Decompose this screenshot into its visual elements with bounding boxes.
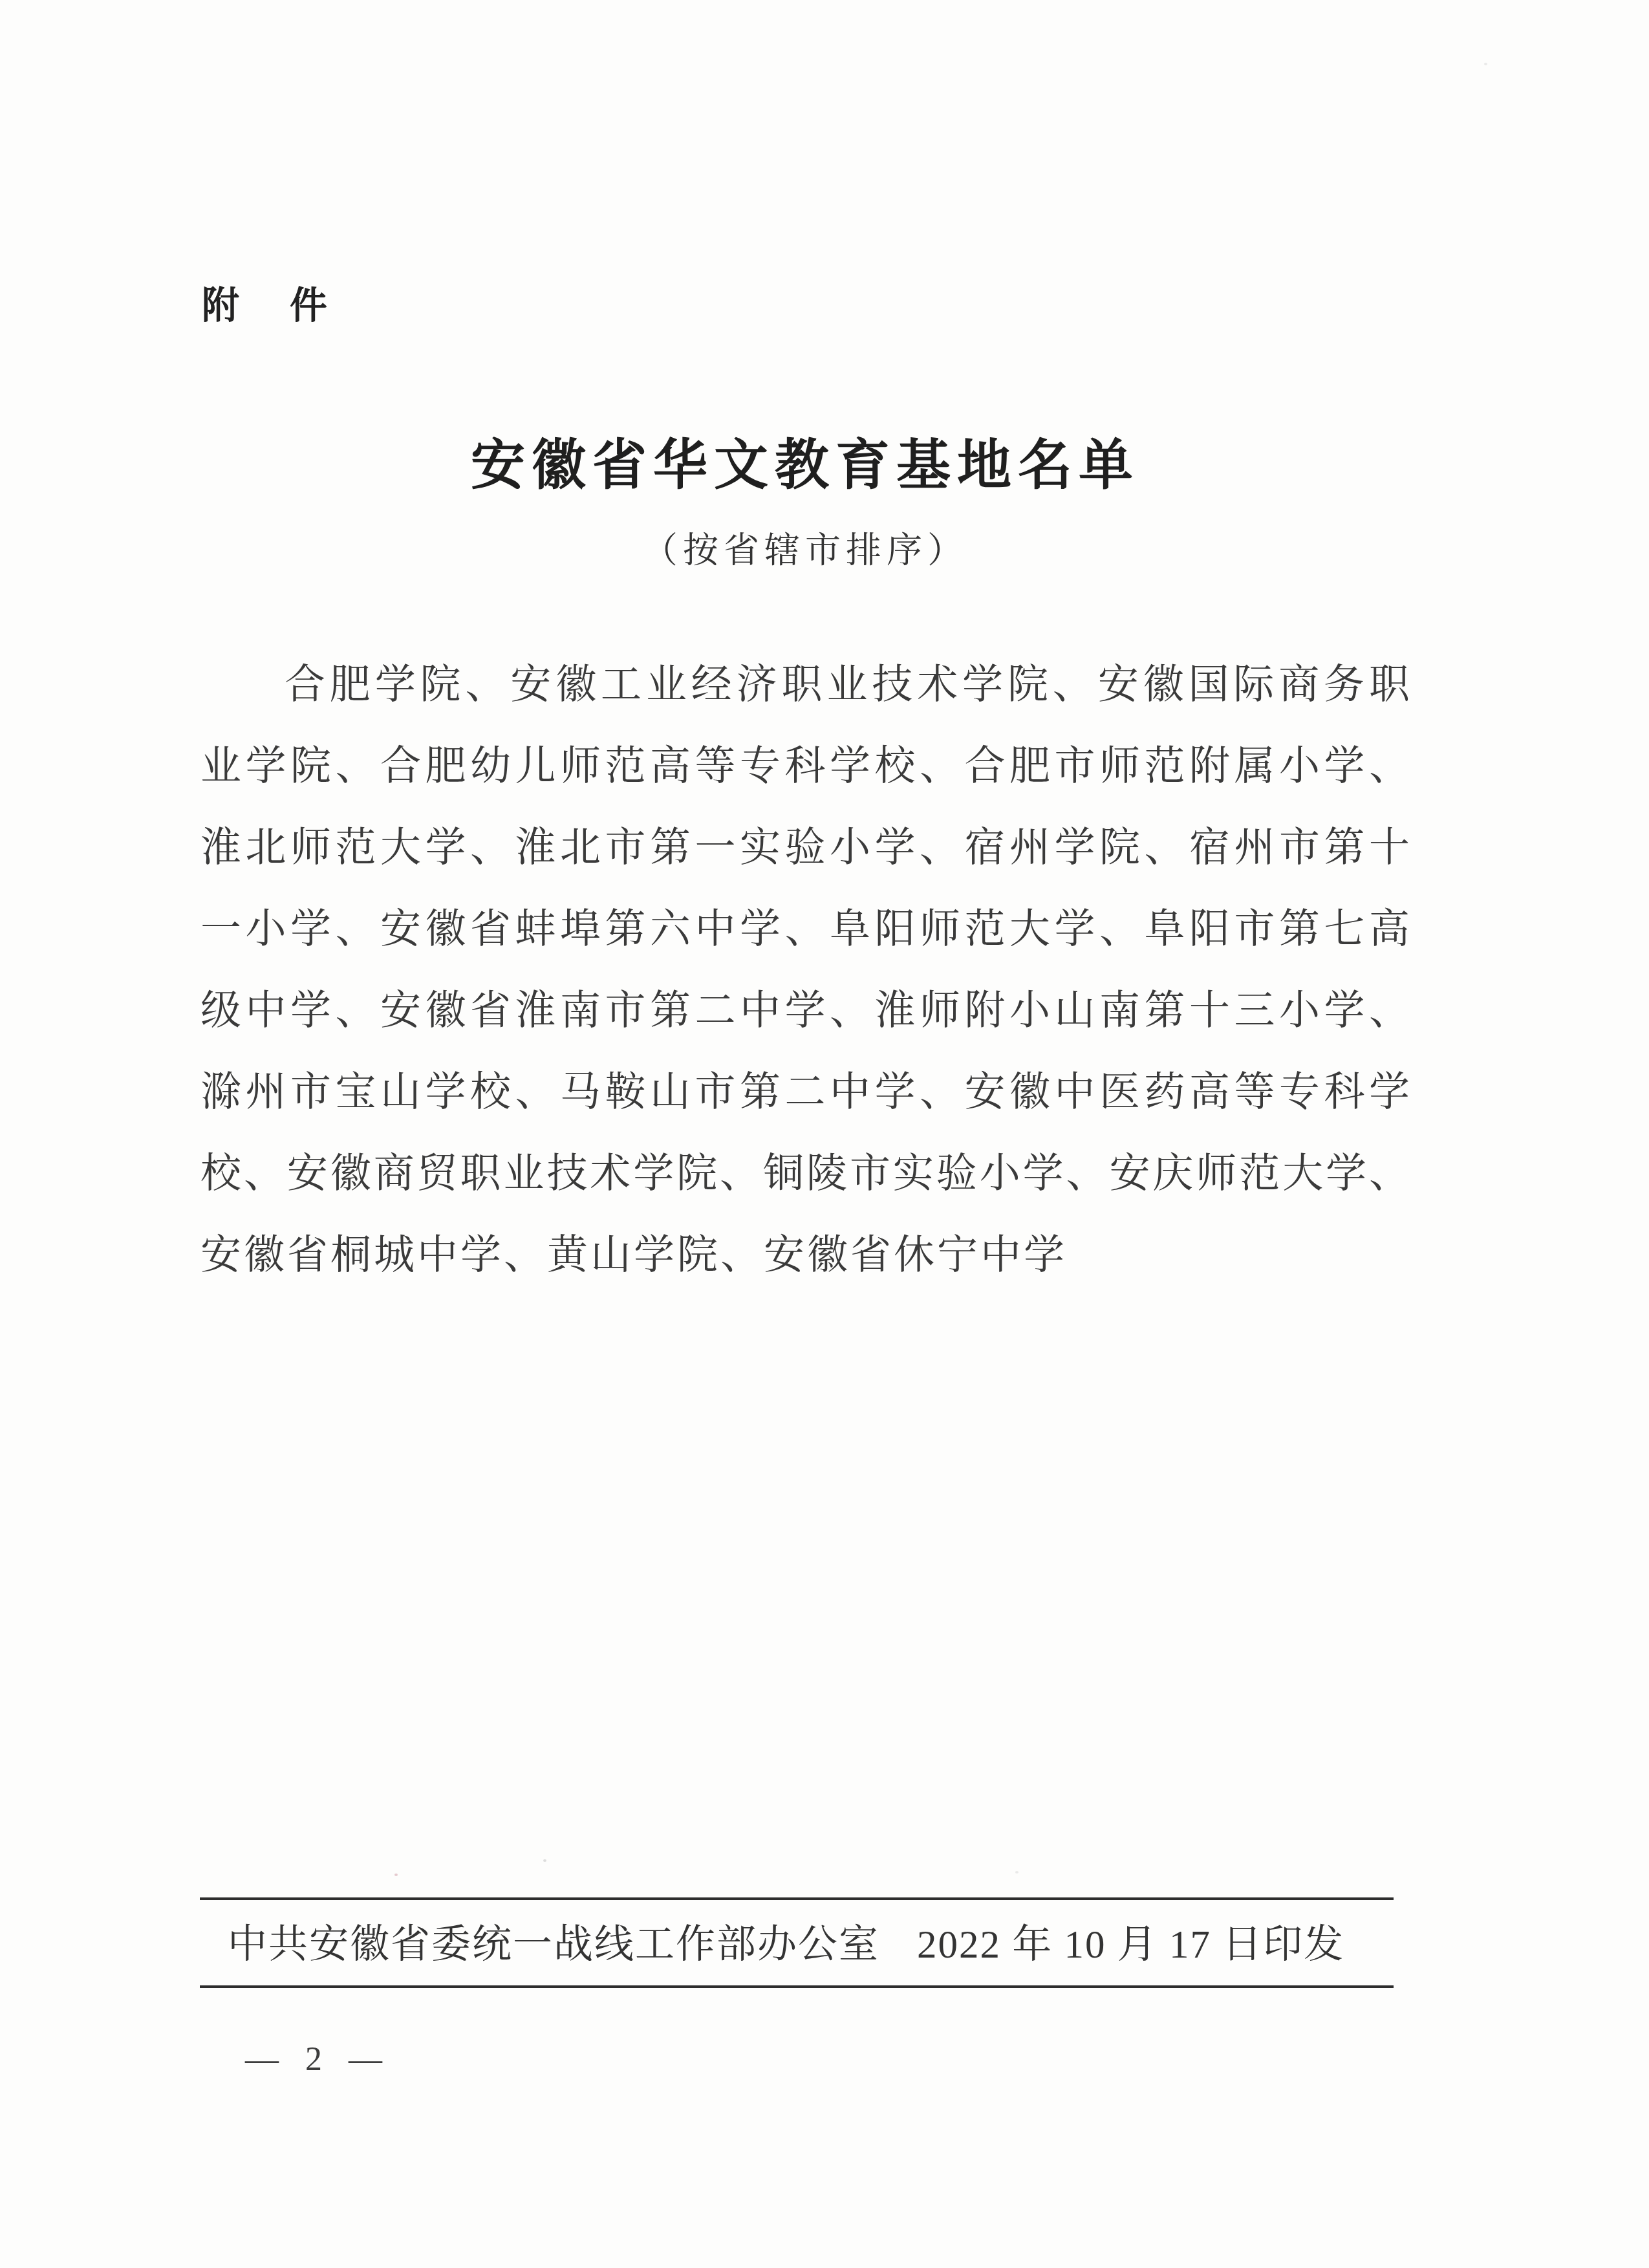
page-number: — 2 —: [200, 2041, 427, 2079]
body-line: 安徽省桐城中学、黄山学院、安徽省休宁中学: [200, 1214, 1410, 1295]
body-line: 合肥学院、安徽工业经济职业技术学院、安徽国际商务职: [200, 643, 1410, 725]
footer-rule-top: [200, 1897, 1394, 1900]
footer-issuer: 中共安徽省委统一战线工作部办公室: [228, 1925, 879, 1966]
scan-noise-speck: [394, 1874, 398, 1876]
footer-rule-bottom: [200, 1985, 1394, 1988]
document-page: 附 件 安徽省华文教育基地名单 （按省辖市排序） 合肥学院、安徽工业经济职业技术…: [0, 0, 1649, 2268]
attachment-label: 附 件: [202, 286, 334, 326]
body-line: 级中学、安徽省淮南市第二中学、淮师附小山南第十三小学、: [200, 969, 1410, 1051]
body-line: 校、安徽商贸职业技术学院、铜陵市实验小学、安庆师范大学、: [200, 1132, 1410, 1214]
footer-print-date: 2022 年 10 月 17 日印发: [917, 1925, 1344, 1966]
body-line: 业学院、合肥幼儿师范高等专科学校、合肥市师范附属小学、: [200, 725, 1410, 806]
body-line: 淮北师范大学、淮北市第一实验小学、宿州学院、宿州市第十: [200, 806, 1410, 888]
page-title: 安徽省华文教育基地名单: [200, 437, 1410, 495]
body-line: 滁州市宝山学校、马鞍山市第二中学、安徽中医药高等专科学: [200, 1051, 1410, 1132]
page-subtitle: （按省辖市排序）: [200, 530, 1410, 570]
footer-issuer-line: 中共安徽省委统一战线工作部办公室 2022 年 10 月 17 日印发: [228, 1925, 1344, 1966]
body-paragraph: 合肥学院、安徽工业经济职业技术学院、安徽国际商务职 业学院、合肥幼儿师范高等专科…: [200, 643, 1410, 1295]
body-line: 一小学、安徽省蚌埠第六中学、阜阳师范大学、阜阳市第七高: [200, 888, 1410, 969]
